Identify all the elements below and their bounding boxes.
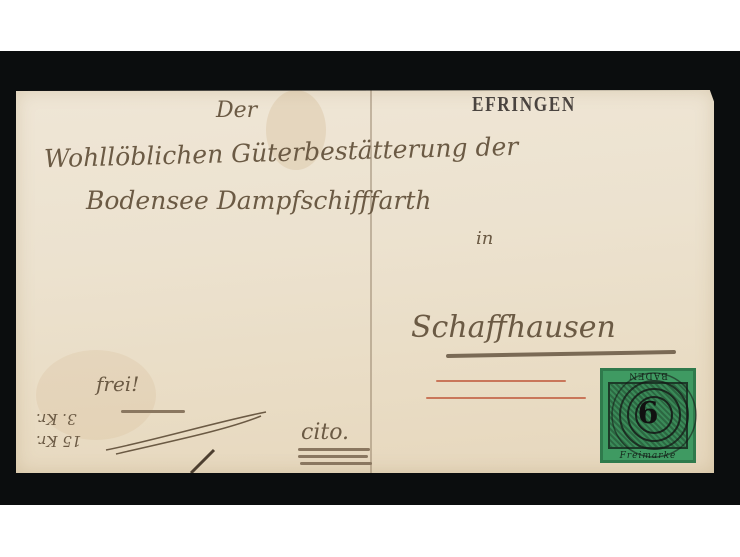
city-underline xyxy=(446,350,676,358)
rotated-note-1: 3. Kr. xyxy=(36,410,77,428)
cito-note: cito. xyxy=(301,420,349,445)
frei-note: frei! xyxy=(96,372,139,396)
address-line-2: Wohllöblichen Güterbestätterung der xyxy=(44,132,519,173)
ring-cancellation xyxy=(606,360,716,470)
address-line-1: Der xyxy=(216,98,257,123)
address-line-3: Bodensee Dampfschifffarth xyxy=(86,186,432,215)
postal-cover: EFRINGEN Der Wohllöblichen Güterbestätte… xyxy=(16,90,714,473)
red-line xyxy=(436,380,566,382)
rotated-note-2: 15 Kr. xyxy=(36,432,81,450)
red-line xyxy=(426,397,586,399)
pen-flourish xyxy=(96,410,276,474)
town-postmark: EFRINGEN xyxy=(472,92,576,117)
address-line-4: in xyxy=(476,228,493,249)
cito-underline xyxy=(298,448,370,451)
address-city: Schaffhausen xyxy=(411,310,616,345)
cito-underline xyxy=(300,462,372,465)
cito-underline xyxy=(298,455,368,458)
